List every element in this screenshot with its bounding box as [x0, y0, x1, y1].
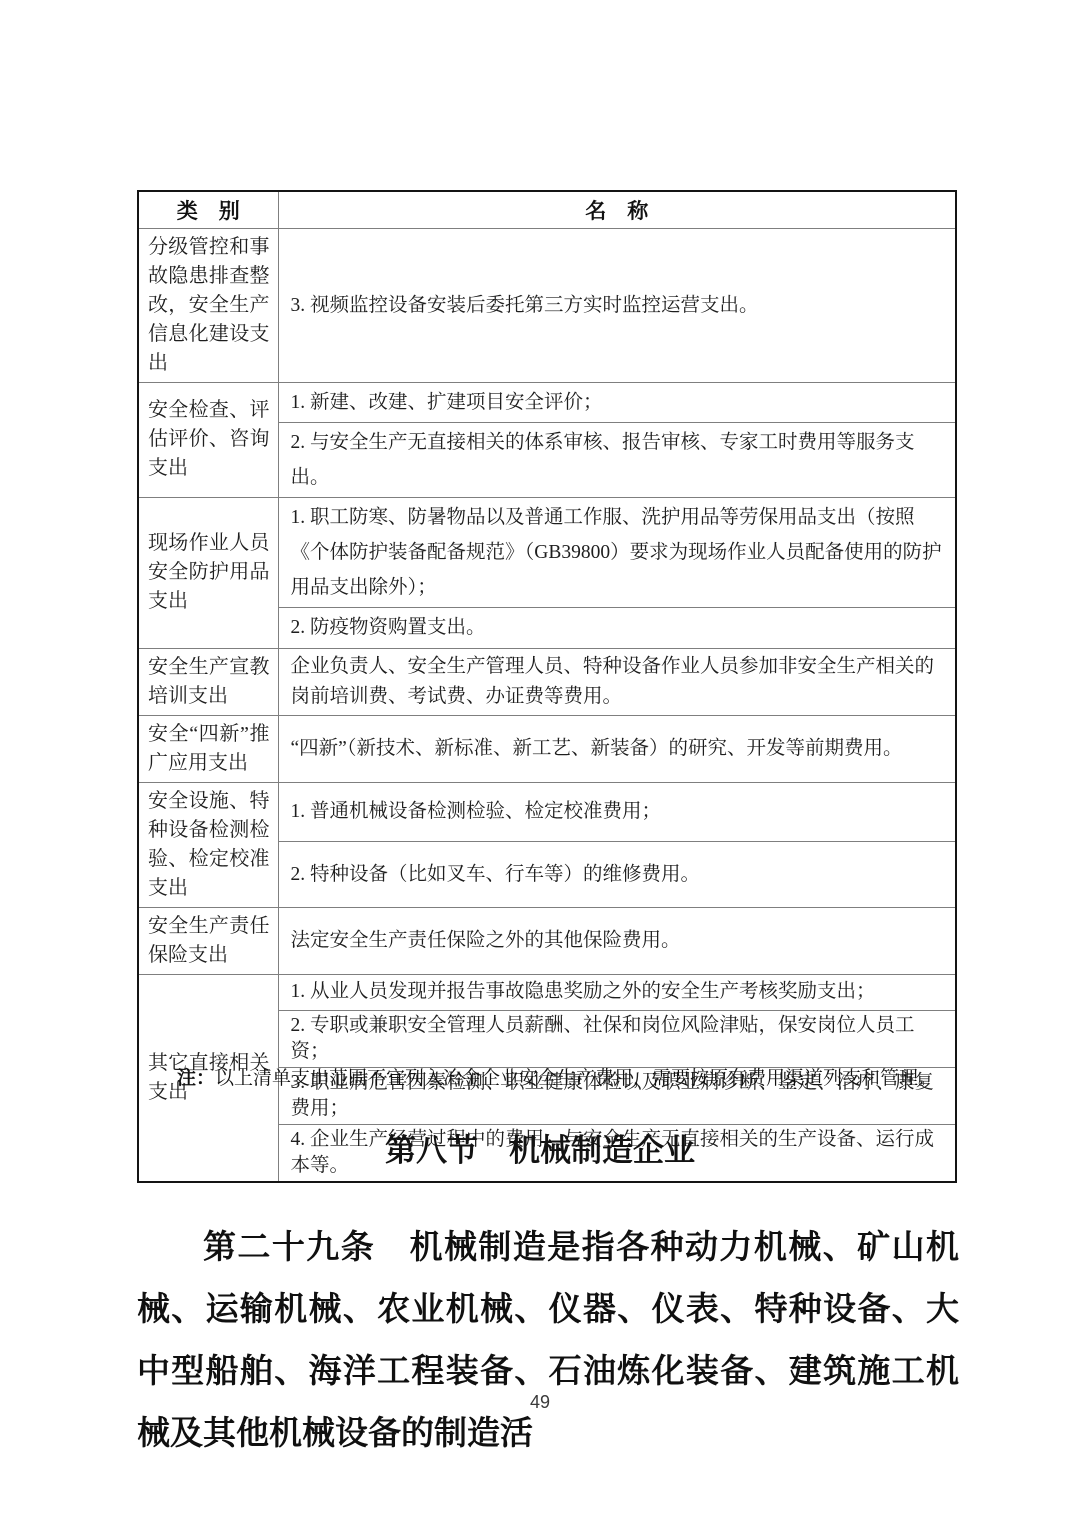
table-footnote: 注：以上清单支出范围不宜列入冶金企业安全生产费用，需要按原有费用渠道列支和管理。	[137, 1065, 957, 1093]
column-header-category: 类 别	[138, 191, 278, 228]
table-row: 安全生产宣教培训支出 企业负责人、安全生产管理人员、特种设备作业人员参加非安全生…	[138, 648, 956, 715]
category-cell: 安全生产宣教培训支出	[138, 648, 278, 715]
table-row: 分级管控和事故隐患排查整改，安全生产信息化建设支出 3. 视频监控设备安装后委托…	[138, 228, 956, 382]
expense-table-container: 类 别 名 称 分级管控和事故隐患排查整改，安全生产信息化建设支出 3. 视频监…	[137, 190, 957, 1183]
item-cell: 1. 新建、改建、扩建项目安全评价；	[278, 382, 956, 422]
item-cell: 2. 防疫物资购置支出。	[278, 607, 956, 648]
expense-table: 类 别 名 称 分级管控和事故隐患排查整改，安全生产信息化建设支出 3. 视频监…	[137, 190, 957, 1183]
category-cell: 现场作业人员安全防护用品支出	[138, 497, 278, 648]
item-cell: 1. 普通机械设备检测检验、检定校准费用；	[278, 782, 956, 841]
item-cell: 法定安全生产责任保险之外的其他保险费用。	[278, 907, 956, 974]
category-cell: 安全“四新”推广应用支出	[138, 715, 278, 782]
table-row: 安全检查、评估评价、咨询支出 1. 新建、改建、扩建项目安全评价；	[138, 382, 956, 422]
article-paragraph: 第二十九条 机械制造是指各种动力机械、矿山机械、运输机械、农业机械、仪器、仪表、…	[137, 1217, 959, 1465]
table-header-row: 类 别 名 称	[138, 191, 956, 228]
table-row: 安全设施、特种设备检测检验、检定校准支出 1. 普通机械设备检测检验、检定校准费…	[138, 782, 956, 841]
item-cell: 2. 与安全生产无直接相关的体系审核、报告审核、专家工时费用等服务支出。	[278, 422, 956, 497]
table-row: 安全“四新”推广应用支出 “四新”（新技术、新标准、新工艺、新装备）的研究、开发…	[138, 715, 956, 782]
table-row: 安全生产责任保险支出 法定安全生产责任保险之外的其他保险费用。	[138, 907, 956, 974]
footnote-text: 以上清单支出范围不宜列入冶金企业安全生产费用，需要按原有费用渠道列支和管理。	[215, 1068, 937, 1089]
item-cell: 3. 视频监控设备安装后委托第三方实时监控运营支出。	[278, 228, 956, 382]
item-cell: 企业负责人、安全生产管理人员、特种设备作业人员参加非安全生产相关的岗前培训费、考…	[278, 648, 956, 715]
item-cell: 2. 专职或兼职安全管理人员薪酬、社保和岗位风险津贴，保安岗位人员工资；	[278, 1010, 956, 1067]
item-cell: 1. 从业人员发现并报告事故隐患奖励之外的安全生产考核奖励支出；	[278, 974, 956, 1010]
table-row: 现场作业人员安全防护用品支出 1. 职工防寒、防暑物品以及普通工作服、洗护用品等…	[138, 497, 956, 607]
footnote-label: 注：	[177, 1068, 215, 1089]
column-header-name: 名 称	[278, 191, 956, 228]
category-cell: 安全设施、特种设备检测检验、检定校准支出	[138, 782, 278, 907]
section-heading: 第八节 机械制造企业	[0, 1129, 1080, 1173]
table-row: 其它直接相关支出 1. 从业人员发现并报告事故隐患奖励之外的安全生产考核奖励支出…	[138, 974, 956, 1010]
item-cell: 2. 特种设备（比如叉车、行车等）的维修费用。	[278, 841, 956, 907]
item-cell: 1. 职工防寒、防暑物品以及普通工作服、洗护用品等劳保用品支出（按照《个体防护装…	[278, 497, 956, 607]
page-number: 49	[0, 1392, 1080, 1413]
item-cell: “四新”（新技术、新标准、新工艺、新装备）的研究、开发等前期费用。	[278, 715, 956, 782]
category-cell: 分级管控和事故隐患排查整改，安全生产信息化建设支出	[138, 228, 278, 382]
category-cell: 安全生产责任保险支出	[138, 907, 278, 974]
category-cell: 安全检查、评估评价、咨询支出	[138, 382, 278, 497]
document-page: 类 别 名 称 分级管控和事故隐患排查整改，安全生产信息化建设支出 3. 视频监…	[0, 0, 1080, 1527]
